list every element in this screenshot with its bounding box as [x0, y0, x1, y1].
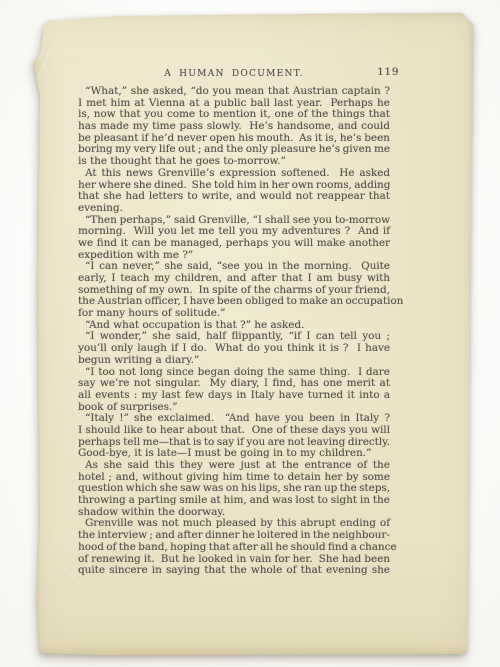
paragraph: “Italy!”sheexclaimed.“AndhaveyoubeeninIt…	[78, 413, 390, 460]
text-line: hoodoftheband,hopingthatafterallheshould…	[78, 542, 390, 554]
paper-crease	[18, 46, 51, 119]
text-line: AtthisnewsGrenville’sexpressionsoftened.…	[78, 168, 390, 180]
paragraph: Grenvillewasnotmuchpleasedbythisabrupten…	[78, 518, 390, 576]
paper-crease	[35, 55, 79, 61]
paragraph: “Thenperhaps,”saidGrenville,“Ishallseeyo…	[78, 215, 390, 262]
text-line: evening.	[78, 203, 390, 215]
text-line: begun writing a diary.”	[78, 355, 390, 367]
text-line: “What,”sheasked,“doyoumeanthatAustrianca…	[78, 86, 390, 98]
text-line: quitesincereinsayingthatthewholeofthatev…	[78, 565, 390, 577]
page-shadow: A HUMAN DOCUMENT. 119 “What,”sheasked,“d…	[33, 12, 474, 656]
book-page: A HUMAN DOCUMENT. 119 “What,”sheasked,“d…	[33, 12, 474, 656]
text-line: Ishouldliketohearaboutthat.Oneoftheseday…	[78, 425, 390, 437]
paragraph: AtthisnewsGrenville’sexpressionsoftened.…	[78, 168, 390, 215]
paragraph: “What,”sheasked,“doyoumeanthatAustrianca…	[78, 86, 390, 168]
text-block: “What,”sheasked,“doyoumeanthatAustrianca…	[78, 86, 390, 577]
paragraph: Asshesaidthistheywerejustattheentranceof…	[78, 460, 390, 518]
text-line: throwingapartingsmileathim,andwaslosttos…	[78, 495, 390, 507]
text-line: for many hours of solitude.”	[78, 308, 390, 320]
text-line: allevents:mylastfewdaysinItalyhaveturned…	[78, 390, 390, 402]
photo-background: A HUMAN DOCUMENT. 119 “What,”sheasked,“d…	[0, 0, 500, 667]
text-line: thatshehadletterstowrite,andwouldnotreap…	[78, 191, 390, 203]
text-line: wefinditcanbemanaged,perhapsyouwillmakea…	[78, 238, 390, 250]
text-line: early,Iteachmychildren,andafterthatIambu…	[78, 273, 390, 285]
paragraph: “Iwonder,”shesaid,halfflippantly,“ifIcan…	[78, 331, 390, 366]
running-header-title: A HUMAN DOCUMENT.	[164, 69, 304, 79]
paragraph: “Itoonotlongsincebegandoingthesamething.…	[78, 367, 390, 414]
text-line: hasmademytimepassslowly.He’shandsome,and…	[78, 121, 390, 133]
running-header: A HUMAN DOCUMENT. 119	[78, 66, 390, 82]
paragraph: “Icannever,”shesaid,“seeyouinthemorning.…	[78, 261, 390, 319]
page-number: 119	[377, 66, 399, 78]
text-line: Asshesaidthistheywerejustattheentranceof…	[78, 460, 390, 472]
